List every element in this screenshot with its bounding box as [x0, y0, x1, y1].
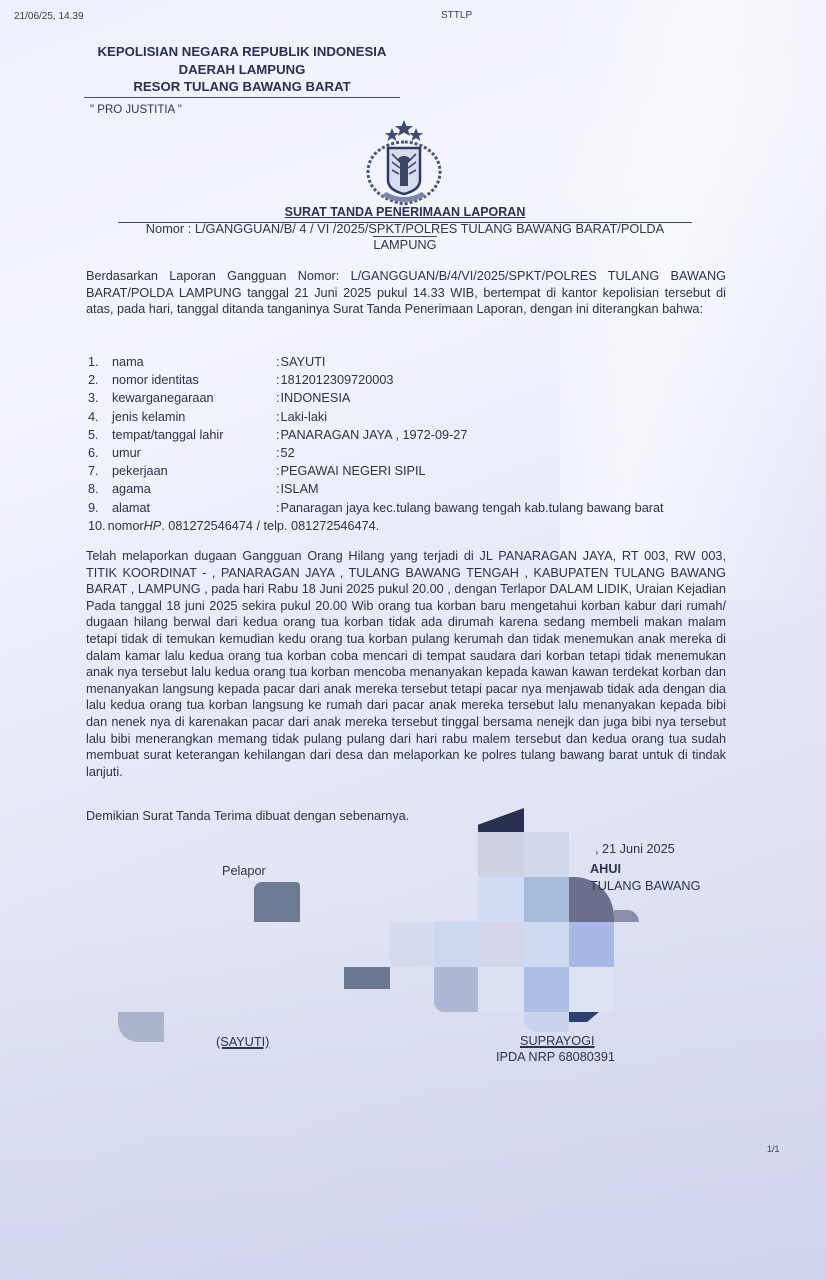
institution-line-1: KEPOLISIAN NEGARA REPUBLIK INDONESIA: [86, 43, 398, 61]
field-label: jenis kelamin: [110, 410, 276, 424]
field-value: 1812012309720003: [276, 373, 728, 387]
field-row-tempat-tanggal-lahir: 5. tempat/tanggal lahir PANARAGAN JAYA ,…: [88, 426, 728, 444]
field-number: 3.: [88, 391, 110, 405]
document-number: Nomor : L/GANGGUAN/B/ 4 / VI /2025/SPKT/…: [118, 221, 692, 237]
report-paragraph: Telah melaporkan dugaan Gangguan Orang H…: [86, 548, 726, 780]
police-emblem-icon: [358, 118, 450, 208]
reporter-signature-name: (SAYUTI): [216, 1035, 269, 1049]
field-value: INDONESIA: [276, 391, 728, 405]
field-label: nomor identitas: [110, 373, 276, 387]
document-title: SURAT TANDA PENERIMAAN LAPORAN: [120, 205, 690, 219]
field-value: Laki-laki: [276, 410, 728, 424]
field-number: 4.: [88, 410, 110, 424]
field-label: umur: [110, 446, 276, 460]
field-value: PANARAGAN JAYA , 1972-09-27: [276, 428, 728, 442]
officer-rank-id: IPDA NRP 68080391: [496, 1050, 615, 1064]
intro-paragraph: Berdasarkan Laporan Gangguan Nomor: L/GA…: [86, 268, 726, 318]
field-label: agama: [110, 482, 276, 496]
print-timestamp: 21/06/25, 14.39: [14, 11, 84, 22]
field-row-kewarganegaraan: 3. kewarganegaraan INDONESIA: [88, 389, 728, 407]
field-label-hp: HP: [144, 519, 162, 533]
field-row-nama: 1. nama SAYUTI: [88, 353, 728, 371]
field-number: 7.: [88, 464, 110, 478]
field-number: 5.: [88, 428, 110, 442]
field-row-jenis-kelamin: 4. jenis kelamin Laki-laki: [88, 408, 728, 426]
signature-date: , 21 Juni 2025: [595, 842, 675, 856]
acknowledge-label: AHUI: [590, 862, 621, 876]
reporter-label: Pelapor: [222, 864, 266, 878]
field-label: kewarganegaraan: [110, 391, 276, 405]
field-number: 8.: [88, 482, 110, 496]
page-number: 1/1: [767, 1144, 780, 1154]
field-value: 52: [276, 446, 728, 460]
field-label: nama: [110, 355, 276, 369]
document-number-line2: LAMPUNG: [118, 237, 692, 252]
field-label: nomor: [108, 519, 144, 533]
field-row-umur: 6. umur 52: [88, 444, 728, 462]
field-label: pekerjaan: [110, 464, 276, 478]
field-label: alamat: [110, 501, 276, 515]
header-divider: [84, 97, 400, 98]
field-label: tempat/tanggal lahir: [110, 428, 276, 442]
document-title-text: SURAT TANDA PENERIMAAN LAPORAN: [285, 205, 526, 219]
field-number: 1.: [88, 355, 110, 369]
officer-position: TULANG BAWANG: [590, 879, 700, 893]
field-number: 10.: [88, 519, 106, 533]
reporter-identity-list: 1. nama SAYUTI 2. nomor identitas 181201…: [88, 353, 728, 535]
print-doc-code: STTLP: [441, 10, 472, 21]
institution-line-3: RESOR TULANG BAWANG BARAT: [86, 78, 398, 96]
field-row-phone: 10.nomor HP. 081272546474 / telp. 081272…: [88, 517, 728, 535]
officer-signature-name: SUPRAYOGI: [520, 1034, 595, 1048]
field-row-alamat: 9. alamat Panaragan jaya kec.tulang bawa…: [88, 499, 728, 517]
field-number: 2.: [88, 373, 110, 387]
field-number: 9.: [88, 501, 110, 515]
field-row-nomor-identitas: 2. nomor identitas 1812012309720003: [88, 371, 728, 389]
institution-line-2: DAERAH LAMPUNG: [86, 61, 398, 79]
field-value-phone: . 081272546474 / telp. 081272546474.: [161, 519, 379, 533]
field-row-agama: 8. agama ISLAM: [88, 480, 728, 498]
institution-header: KEPOLISIAN NEGARA REPUBLIK INDONESIA DAE…: [86, 43, 398, 96]
field-row-pekerjaan: 7. pekerjaan PEGAWAI NEGERI SIPIL: [88, 462, 728, 480]
field-value: SAYUTI: [276, 355, 728, 369]
document-number-line2-text: LAMPUNG: [373, 236, 436, 252]
closing-statement: Demikian Surat Tanda Terima dibuat denga…: [86, 808, 409, 825]
field-value: PEGAWAI NEGERI SIPIL: [276, 464, 728, 478]
pro-justitia-label: " PRO JUSTITIA ": [90, 104, 182, 116]
field-number: 6.: [88, 446, 110, 460]
field-value: ISLAM: [276, 482, 728, 496]
field-value: Panaragan jaya kec.tulang bawang tengah …: [276, 501, 728, 515]
